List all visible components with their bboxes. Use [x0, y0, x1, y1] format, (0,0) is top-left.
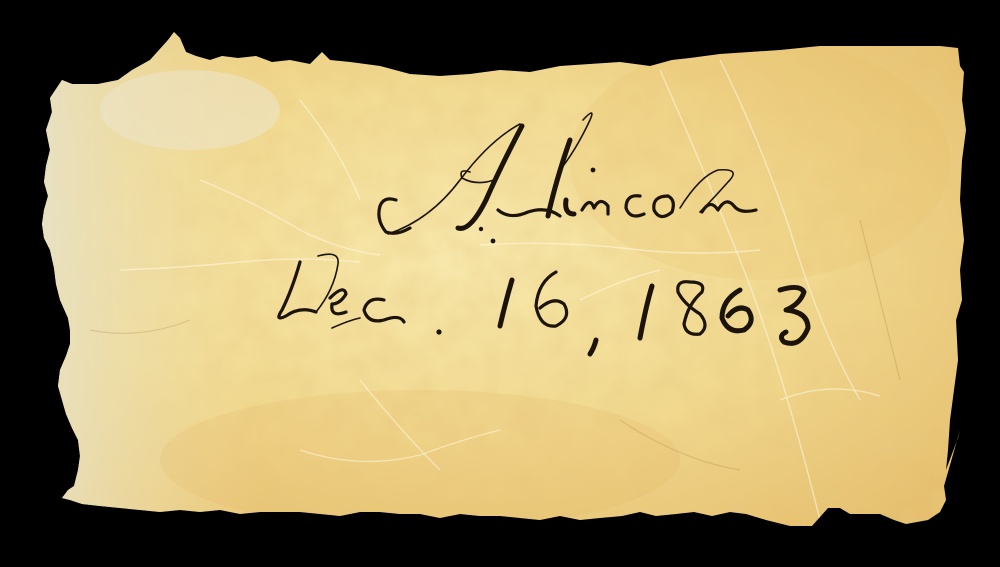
photo-stage: A. Lincoln Dec. 16, 1863: [0, 0, 1000, 567]
torn-paper-fragment: [0, 0, 1000, 567]
paper-stains: [0, 0, 1000, 567]
